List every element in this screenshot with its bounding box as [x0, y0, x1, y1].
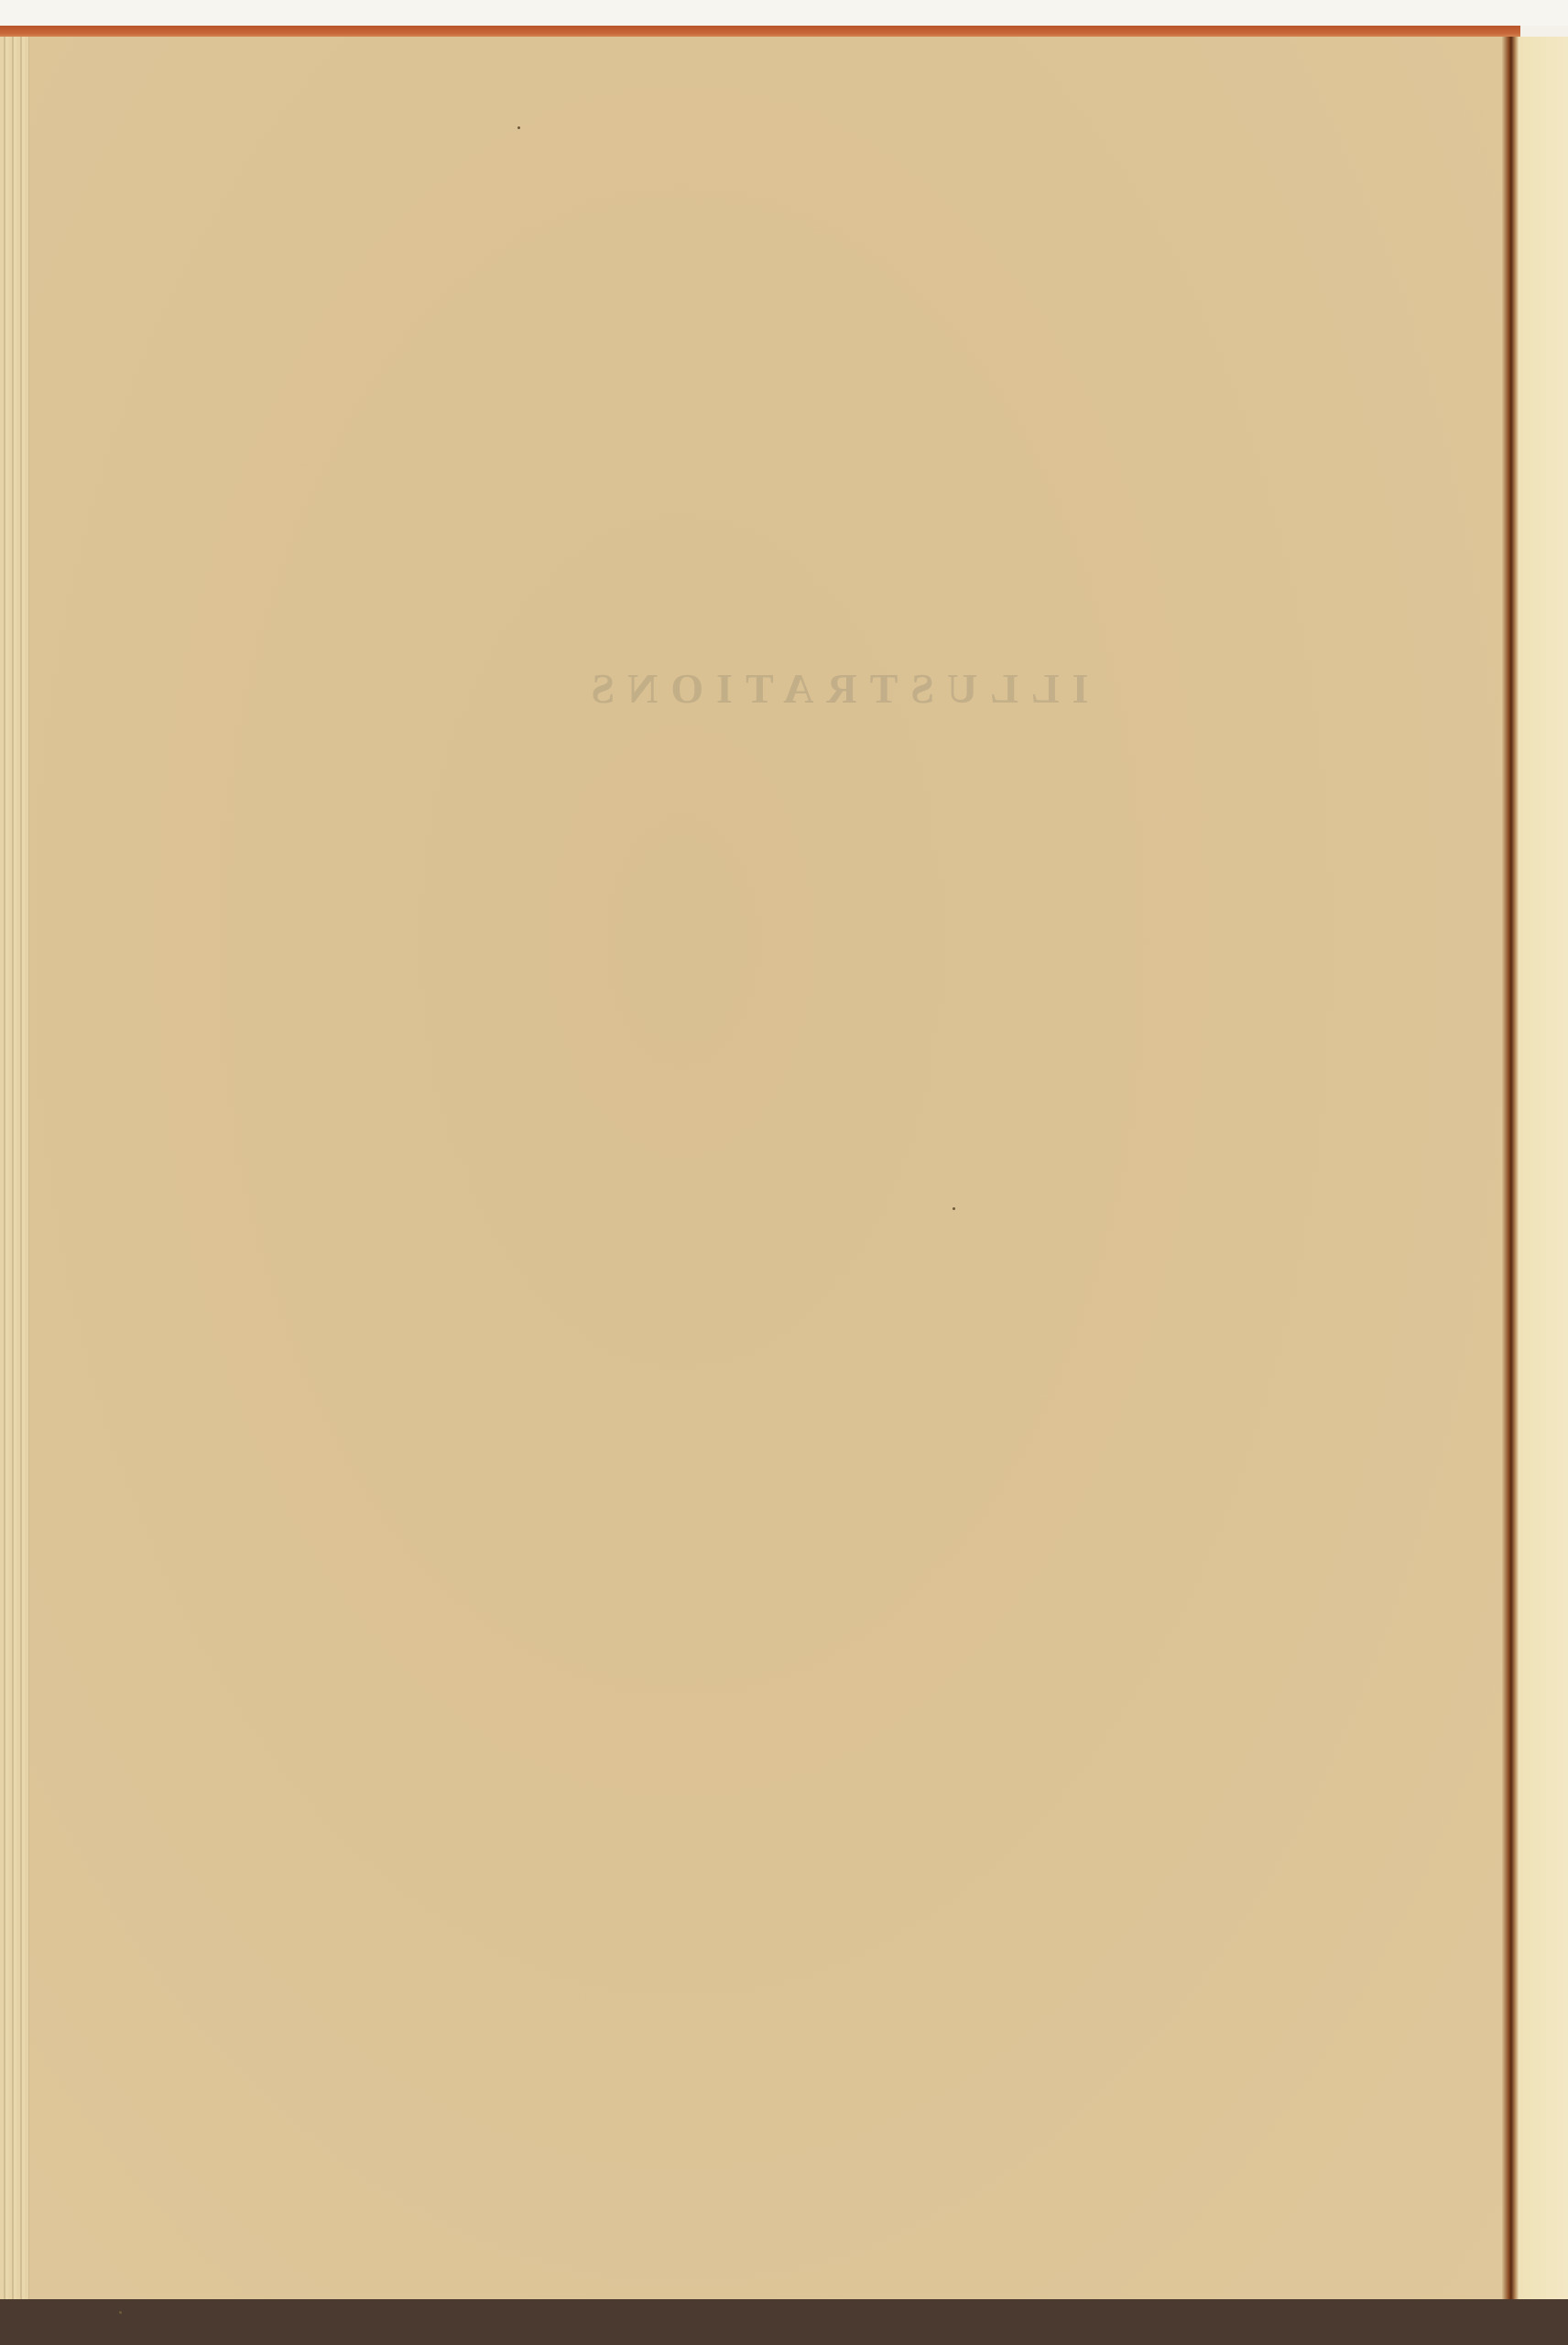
paper-speck: [517, 126, 520, 129]
binding-gutter: [1502, 37, 1519, 2299]
paper-speck: [119, 2311, 122, 2314]
facing-page-edge: [1519, 37, 1568, 2299]
show-through-text: ILLUSTRATIONS: [568, 664, 1099, 713]
scan-background-top: [0, 0, 1568, 26]
paper-speck: [953, 1207, 955, 1210]
page-stack-edges: [0, 37, 29, 2299]
blank-book-page: [0, 37, 1516, 2299]
scan-background-bottom: [0, 2299, 1568, 2345]
